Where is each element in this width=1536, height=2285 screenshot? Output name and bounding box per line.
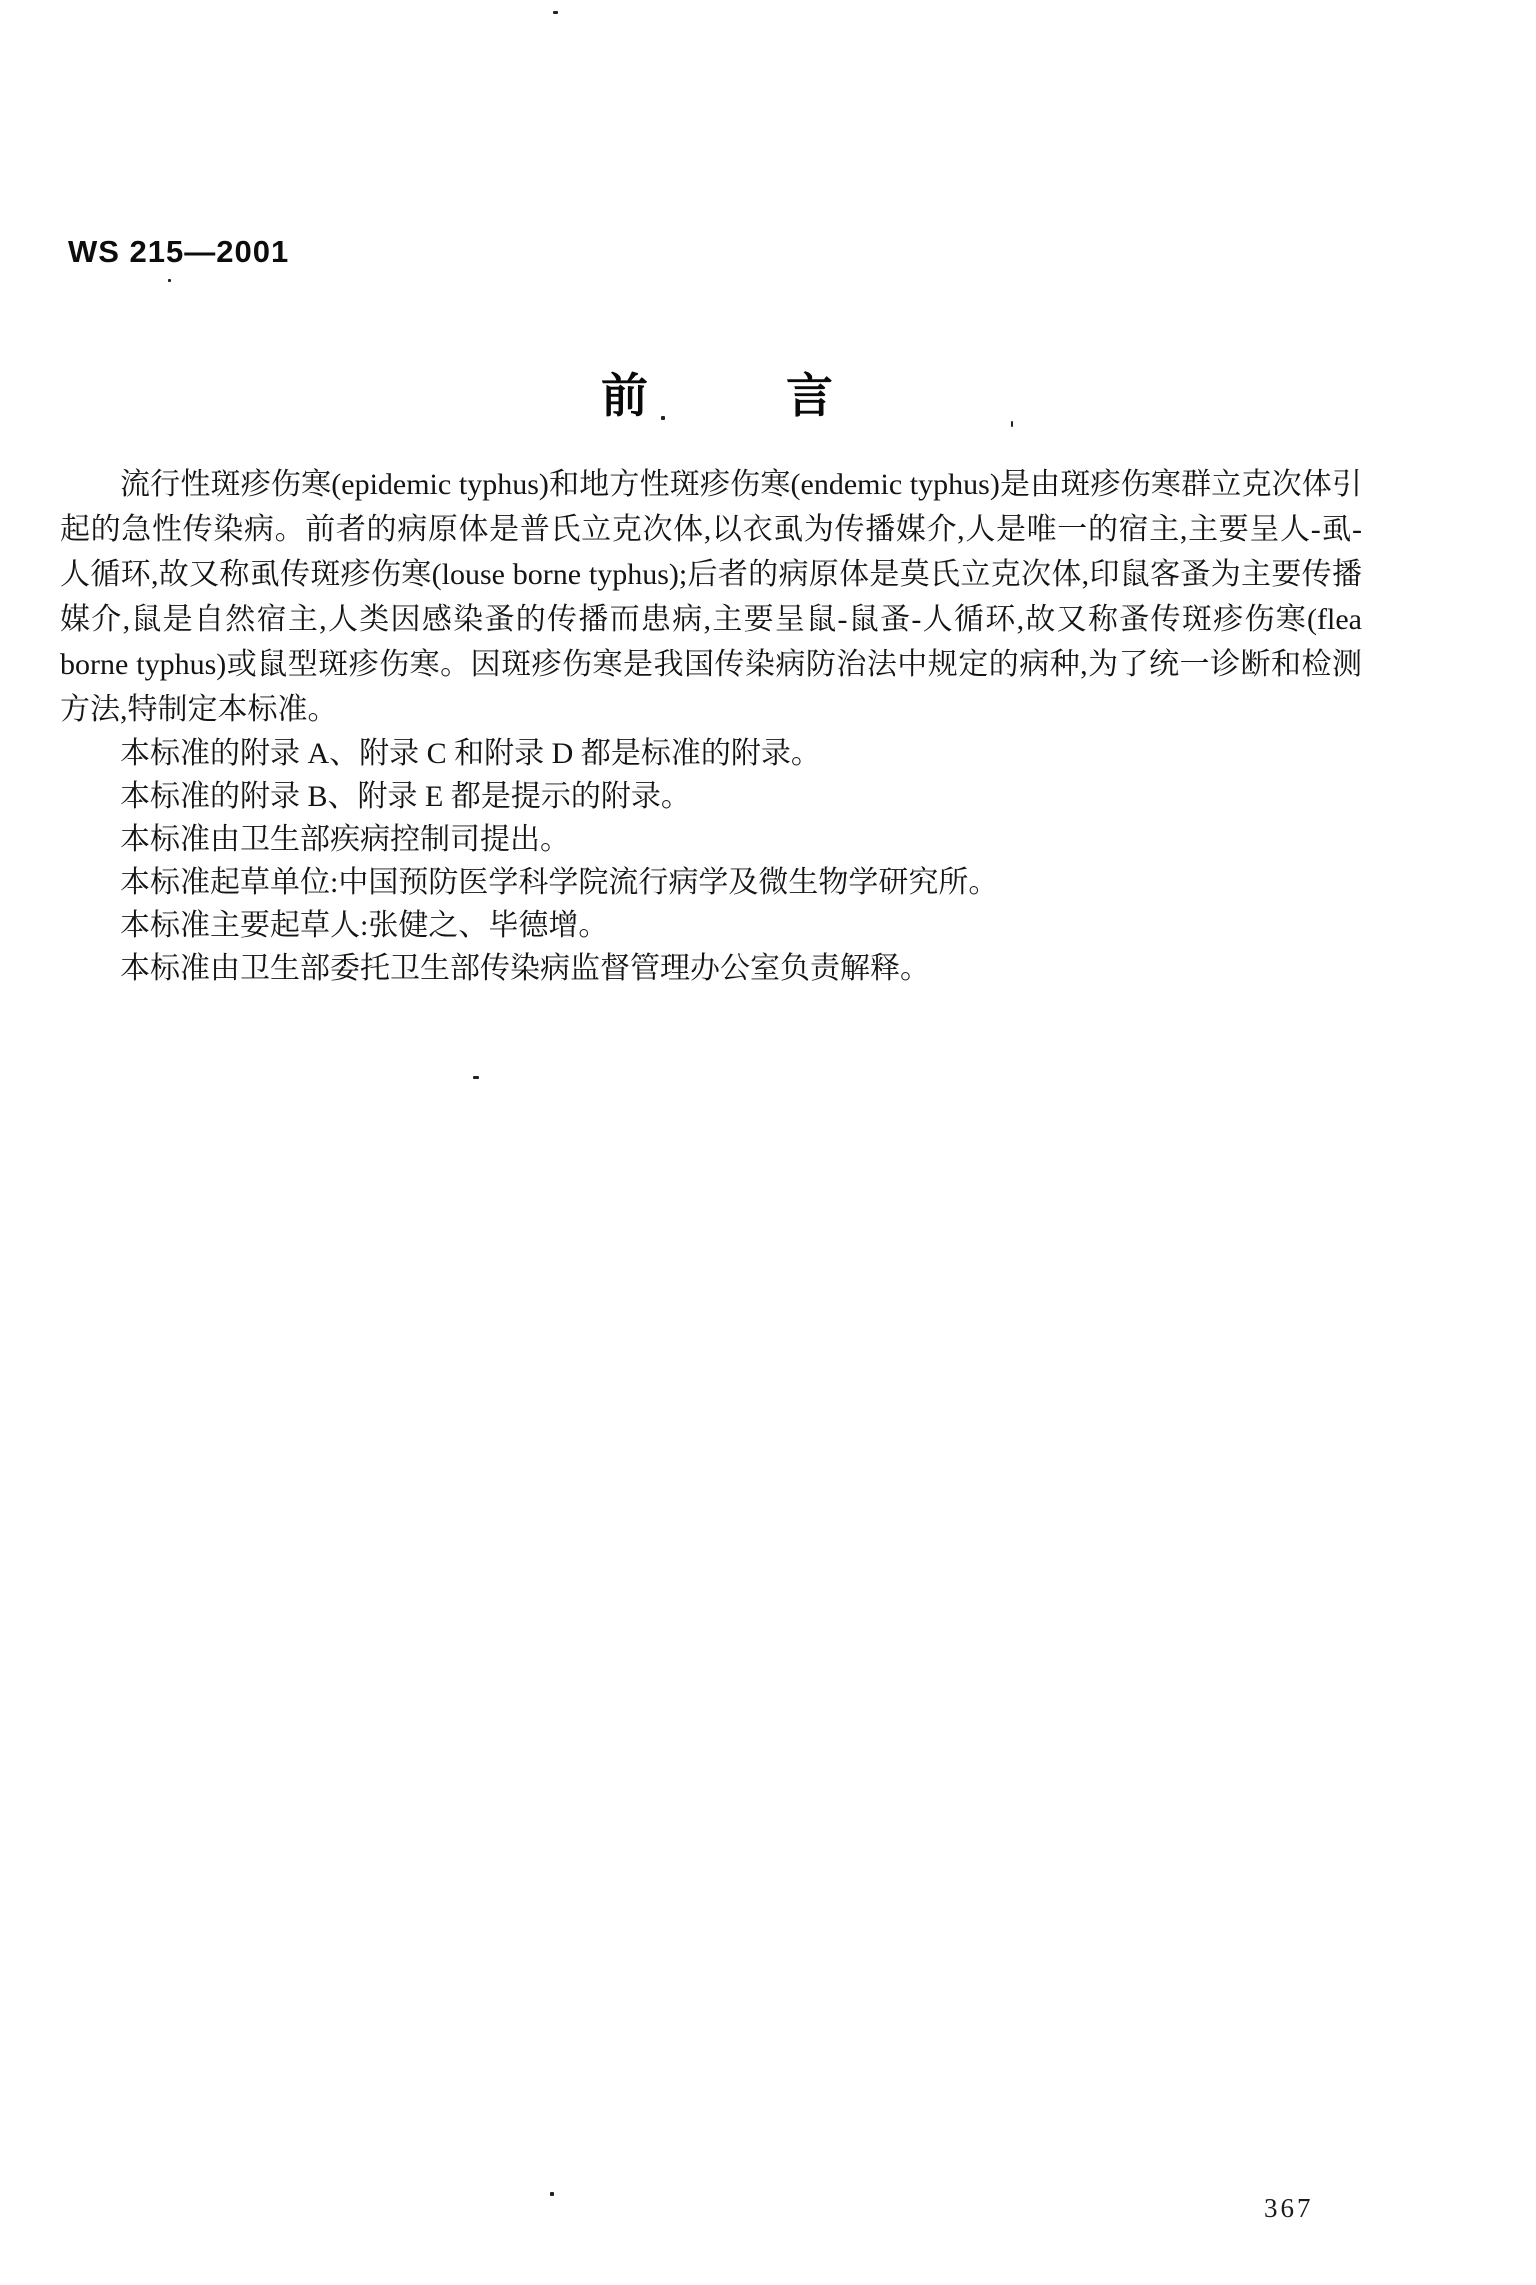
- scan-speck: [168, 279, 171, 282]
- statement-drafters: 本标准主要起草人:张健之、毕德增。: [60, 904, 1362, 947]
- scan-speck: [661, 416, 665, 420]
- scan-speck: [473, 1076, 479, 1079]
- statement-appendix-normative: 本标准的附录 A、附录 C 和附录 D 都是标准的附录。: [60, 732, 1362, 775]
- scan-speck: [553, 11, 558, 14]
- foreword-title-char-1: 前: [601, 372, 648, 422]
- statement-drafting-unit: 本标准起草单位:中国预防医学科学院流行病学及微生物学研究所。: [60, 861, 1362, 904]
- foreword-paragraph: 流行性斑疹伤寒(epidemic typhus)和地方性斑疹伤寒(endemic…: [60, 462, 1362, 732]
- scan-speck: [1011, 421, 1013, 427]
- statement-proposed-by: 本标准由卫生部疾病控制司提出。: [60, 818, 1362, 861]
- scan-speck: [550, 2192, 554, 2196]
- document-page: WS 215—2001 前 言 流行性斑疹伤寒(epidemic typhus)…: [0, 0, 1536, 2285]
- statement-interpretation: 本标准由卫生部委托卫生部传染病监督管理办公室负责解释。: [60, 947, 1362, 990]
- foreword-body: 流行性斑疹伤寒(epidemic typhus)和地方性斑疹伤寒(endemic…: [60, 462, 1362, 990]
- statement-appendix-informative: 本标准的附录 B、附录 E 都是提示的附录。: [60, 775, 1362, 818]
- foreword-title: 前 言: [601, 372, 833, 422]
- foreword-title-char-2: 言: [786, 372, 833, 422]
- page-number: 367: [1264, 2193, 1314, 2224]
- standard-number: WS 215—2001: [68, 234, 289, 270]
- foreword-statements: 本标准的附录 A、附录 C 和附录 D 都是标准的附录。 本标准的附录 B、附录…: [60, 732, 1362, 990]
